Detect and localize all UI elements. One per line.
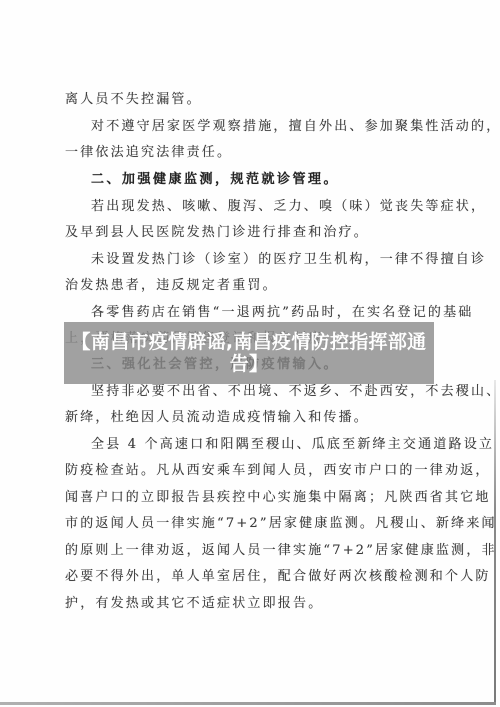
doc-line: 闻喜户口的立即报告县疾控中心实施集中隔离；凡陕西省其它地 <box>65 490 435 506</box>
doc-line: 护，有发热或其它不适症状立即报告。 <box>65 596 435 612</box>
doc-line: 的原则上一律劝返，返闻人员一律实施“7+2”居家健康监测，非 <box>65 543 435 559</box>
doc-line: 一律依法追究法律责任。 <box>65 145 435 161</box>
doc-line: 全县 4 个高速口和阳隅至稷山、瓜底至新绛主交通道路设立 <box>91 437 435 453</box>
document-page: 离人员不失控漏管。 对不遵守居家医学观察措施，擅自外出、参加聚集性活动的， 一律… <box>0 0 500 707</box>
doc-line: 各零售药店在销售“一退两抗”药品时，在实名登记的基础 <box>91 305 435 321</box>
doc-line: 对不遵守居家医学观察措施，擅自外出、参加聚集性活动的， <box>91 119 435 135</box>
doc-line: 若出现发热、咳嗽、腹泻、乏力、嗅（味）觉丧失等症状， <box>91 199 435 215</box>
doc-line: 市的返闻人员一律实施“7+2”居家健康监测。凡稷山、新绛来闻 <box>65 516 435 532</box>
title-overlay-banner: 【南昌市疫情辟谣,南昌疫情防控指挥部通告】 <box>64 322 434 384</box>
doc-line: 离人员不失控漏管。 <box>65 92 435 108</box>
doc-line: 防疫检查站。凡从西安乘车到闻人员，西安市户口的一律劝返， <box>65 463 435 479</box>
doc-line: 必要不得外出，单人单室居住，配合做好两次核酸检测和个人防 <box>65 569 435 585</box>
doc-line: 治发热患者，违反规定者重罚。 <box>65 278 435 294</box>
doc-line: 及早到县人民医院发热门诊进行排查和治疗。 <box>65 225 435 241</box>
doc-line: 新绛，杜绝因人员流动造成疫情输入和传播。 <box>65 410 435 426</box>
doc-line: 未设置发热门诊（诊室）的医疗卫生机构，一律不得擅自诊 <box>91 252 435 268</box>
overlay-title: 【南昌市疫情辟谣,南昌疫情防控指挥部通告】 <box>71 331 427 375</box>
section-heading: 二、加强健康监测，规范就诊管理。 <box>91 172 435 188</box>
doc-line: 坚持非必要不出省、不出境、不返乡、不赴西安，不去稷山、 <box>91 384 435 400</box>
page-edge-shadow-bottom <box>0 702 496 705</box>
page-edge-shadow-right <box>494 380 496 703</box>
